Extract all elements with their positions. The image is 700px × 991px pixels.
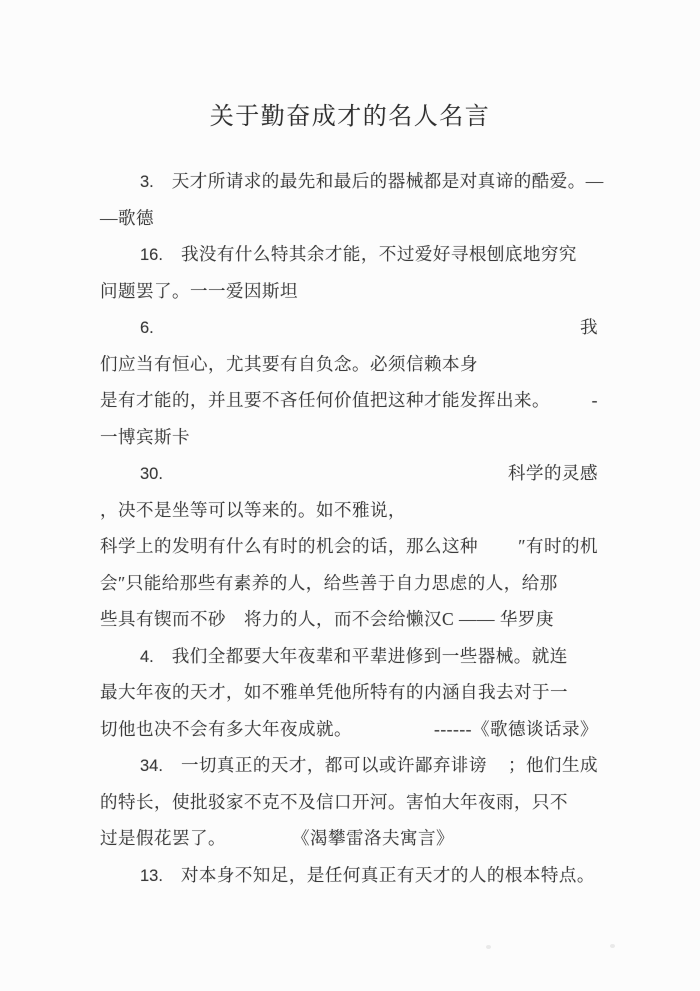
document-page: 关于勤奋成才的名人名言 3.天才所请求的最先和最后的器械都是对真谛的酷爱。——歌… [0,0,700,991]
quote-text: 最大年夜的天才，如不雅单凭他所特有的内涵自我去对于一 [100,674,568,711]
text-line: 过是假花罢了。《渴攀雷洛夫寓言》 [100,820,598,857]
text-line: 切他也决不会有多大年夜成就。------《歌德谈话录》 [100,711,598,748]
quote-number: 3. [140,164,154,201]
text-line: 一博宾斯卡 [100,419,598,456]
page-title: 关于勤奋成才的名人名言 [0,96,700,131]
quote-text: 我没有什么特其余才能，不过爱好寻根刨底地穷究 [181,236,577,273]
document-body: 3.天才所请求的最先和最后的器械都是对真谛的酷爱。——歌德16.我没有什么特其余… [100,163,598,893]
quote-number: 4. [140,639,154,676]
quote-text: 对本身不知足，是任何真正有天才的人的根本特点。 [181,857,595,894]
text-line: —歌德 [100,200,598,237]
quote-source: 《渴攀雷洛夫寓言》 [292,820,454,857]
text-line: 问题罢了。一一爱因斯坦 [100,273,598,310]
text-line: 4.我们全都要大年夜辈和平辈进修到一些器械。就连 [100,638,598,675]
quote-text: 过是假花罢了。 [100,820,226,857]
text-line: 些具有锲而不砂 将力的人，而不会给懒汉C —— 华罗庚 [100,601,598,638]
quote-text: 们应当有恒心，尤其要有自负念。必须信赖本身 [100,346,478,383]
text-line: 3.天才所请求的最先和最后的器械都是对真谛的酷爱。— [100,163,598,200]
line-right-text: - [592,382,598,419]
text-line: 的特长，使批驳家不克不及信口开河。害怕大年夜雨，只不 [100,784,598,821]
quote-text: 些具有锲而不砂 将力的人，而不会给懒汉C —— 华罗庚 [100,601,554,638]
text-line: 30.科学的灵感 [100,455,598,492]
quote-text: 问题罢了。一一爱因斯坦 [100,273,298,310]
text-line: 最大年夜的天才，如不雅单凭他所特有的内涵自我去对于一 [100,674,598,711]
text-line: ，决不是坐等可以等来的。如不雅说， [100,492,598,529]
quote-text: 科学上的发明有什么有时的机会的话，那么这种 [100,528,478,565]
quote-number: 16. [140,237,163,274]
text-line: 会″只能给那些有素养的人，给些善于自力思虑的人，给那 [100,565,598,602]
quote-number: 13. [140,858,163,895]
text-line: 34.一切真正的天才，都可以或许鄙弃诽谤；他们生成 [100,747,598,784]
line-right-text: ″有时的机 [518,528,598,565]
quote-text: 的特长，使批驳家不克不及信口开河。害怕大年夜雨，只不 [100,784,568,821]
quote-text: 会″只能给那些有素养的人，给些善于自力思虑的人，给那 [100,565,558,602]
line-right-text: 科学的灵感 [508,455,598,492]
text-line: 是有才能的，并且要不吝任何价值把这种才能发挥出来。- [100,382,598,419]
line-right-text: ；他们生成 [508,747,598,784]
line-right-text: — [586,163,604,200]
quote-text: 切他也决不会有多大年夜成就。 [100,711,352,748]
text-line: 16.我没有什么特其余才能，不过爱好寻根刨底地穷究 [100,236,598,273]
scan-speck [486,945,491,949]
quote-text: 是有才能的，并且要不吝任何价值把这种才能发挥出来。 [100,382,550,419]
text-line: 6.我 [100,309,598,346]
quote-number: 30. [140,456,163,493]
line-right-text: ------《歌德谈话录》 [434,711,598,748]
text-line: 们应当有恒心，尤其要有自负念。必须信赖本身 [100,346,598,383]
scan-speck [610,944,615,948]
quote-number: 34. [140,748,163,785]
quote-text: 我们全都要大年夜辈和平辈进修到一些器械。就连 [172,638,568,675]
text-line: 13.对本身不知足，是任何真正有天才的人的根本特点。 [100,857,598,894]
quote-text: 一切真正的天才，都可以或许鄙弃诽谤 [181,747,487,784]
quote-number: 6. [140,310,154,347]
quote-text: —歌德 [100,200,154,237]
text-line: 科学上的发明有什么有时的机会的话，那么这种″有时的机 [100,528,598,565]
quote-text: 天才所请求的最先和最后的器械都是对真谛的酷爱。 [172,163,586,200]
quote-text: 一博宾斯卡 [100,419,190,456]
line-right-text: 我 [580,309,598,346]
quote-text: ，决不是坐等可以等来的。如不雅说， [100,492,406,529]
